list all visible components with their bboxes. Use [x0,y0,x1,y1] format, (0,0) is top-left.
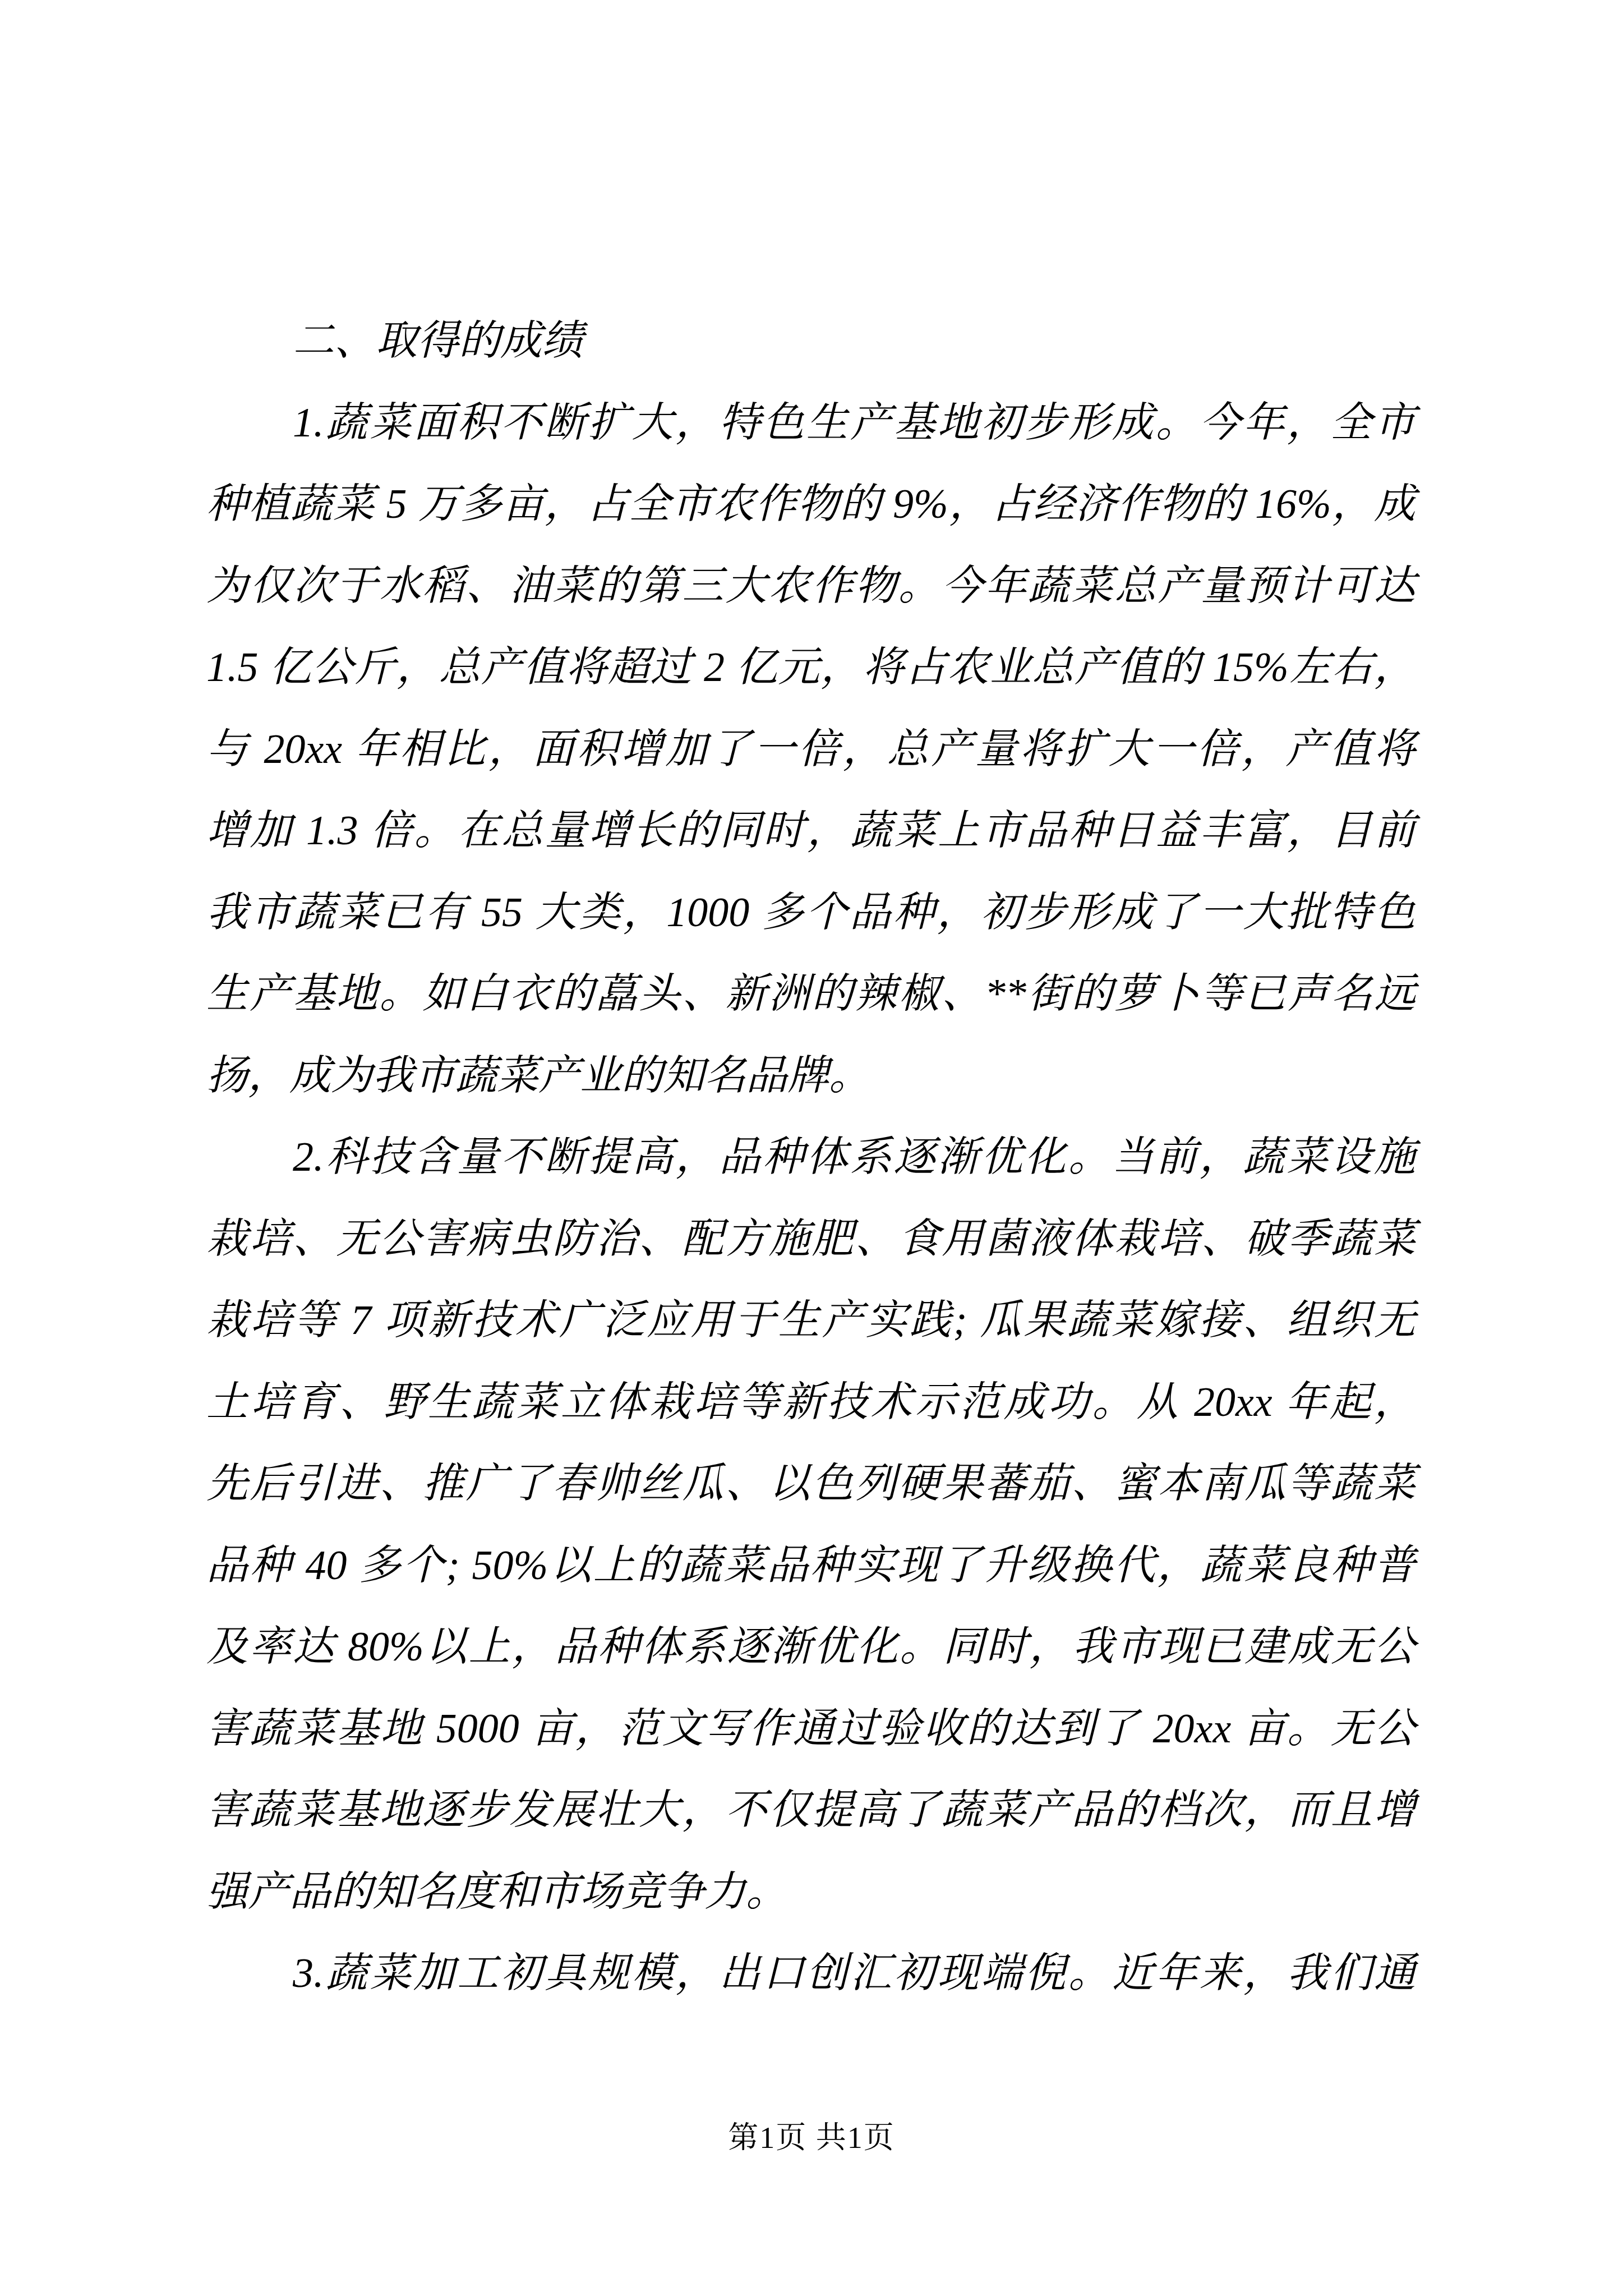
text-line: 先后引进、推广了春帅丝瓜、以色列硬果蕃茄、蜜本南瓜等蔬菜 [206,1443,1415,1525]
text-line: 栽培、无公害病虫防治、配方施肥、食用菌液体栽培、破季蔬菜 [206,1199,1415,1281]
text-line: 1.蔬菜面积不断扩大，特色生产基地初步形成。今年，全市 [206,383,1415,464]
text-line: 生产基地。如白衣的藠头、新洲的辣椒、**街的萝卜等已声名远 [206,954,1415,1036]
text-line: 我市蔬菜已有 55 大类，1000 多个品种，初步形成了一大批特色 [206,872,1415,954]
text-line: 害蔬菜基地 5000 亩，范文写作通过验收的达到了 20xx 亩。无公 [206,1688,1415,1770]
text-line: 强产品的知名度和市场竞争力。 [206,1852,1415,1934]
document-page: 二、取得的成绩1.蔬菜面积不断扩大，特色生产基地初步形成。今年，全市种植蔬菜 5… [0,0,1623,2296]
text-line: 增加 1.3 倍。在总量增长的同时，蔬菜上市品种日益丰富，目前 [206,790,1415,872]
text-line: 为仅次于水稻、油菜的第三大农作物。今年蔬菜总产量预计可达 [206,546,1415,628]
text-line: 2.科技含量不断提高，品种体系逐渐优化。当前，蔬菜设施 [206,1117,1415,1199]
text-line: 3.蔬菜加工初具规模，出口创汇初现端倪。近年来，我们通 [206,1933,1415,2015]
text-line: 与 20xx 年相比，面积增加了一倍，总产量将扩大一倍，产值将 [206,709,1415,791]
text-line: 及率达 80%以上，品种体系逐渐优化。同时，我市现已建成无公 [206,1607,1415,1688]
text-line: 1.5 亿公斤，总产值将超过 2 亿元，将占农业总产值的 15%左右， [206,627,1415,709]
document-body: 二、取得的成绩1.蔬菜面积不断扩大，特色生产基地初步形成。今年，全市种植蔬菜 5… [206,301,1415,2015]
text-line: 栽培等 7 项新技术广泛应用于生产实践; 瓜果蔬菜嫁接、组织无 [206,1280,1415,1362]
text-line: 品种 40 多个; 50%以上的蔬菜品种实现了升级换代，蔬菜良种普 [206,1525,1415,1607]
text-line: 种植蔬菜 5 万多亩，占全市农作物的 9%，占经济作物的 16%，成 [206,464,1415,546]
text-line: 扬，成为我市蔬菜产业的知名品牌。 [206,1036,1415,1117]
text-line: 害蔬菜基地逐步发展壮大，不仅提高了蔬菜产品的档次，而且增 [206,1770,1415,1852]
text-line: 二、取得的成绩 [206,301,1415,383]
page-footer: 第1页 共1页 [0,2119,1623,2156]
text-line: 土培育、野生蔬菜立体栽培等新技术示范成功。从 20xx 年起， [206,1362,1415,1444]
